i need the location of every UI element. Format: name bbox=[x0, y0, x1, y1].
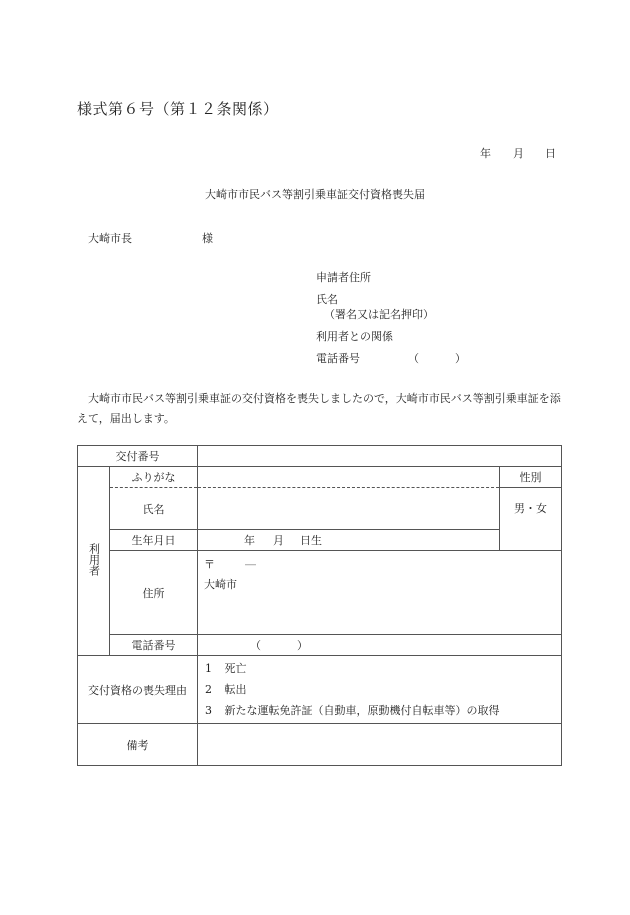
dob-field[interactable]: 年月日生 bbox=[198, 530, 500, 551]
reason-label: 交付資格の喪失理由 bbox=[78, 656, 198, 724]
document-title: 大崎市市民バス等割引乗車証交付資格喪失届 bbox=[0, 186, 630, 202]
date-day: 日 bbox=[545, 145, 556, 161]
issue-number-field[interactable] bbox=[198, 446, 562, 467]
applicant-name-label: 氏名 bbox=[316, 292, 466, 307]
address-label: 住所 bbox=[110, 551, 198, 635]
body-statement: 大崎市市民バス等割引乗車証の交付資格を喪失しましたので，大崎市市民バス等割引乗車… bbox=[77, 389, 561, 429]
dob-day: 日生 bbox=[300, 532, 322, 548]
applicant-address-label: 申請者住所 bbox=[316, 270, 466, 285]
reason-item-2[interactable]: 2 転出 bbox=[205, 681, 561, 702]
user-info-table: 交付番号 利用者 ふりがな 性別 氏名 男・女 生年月日 年月日生 住所 〒― … bbox=[77, 445, 562, 766]
applicant-block: 申請者住所 氏名 （署名又は記名押印） 利用者との関係 電話番号（） bbox=[316, 270, 466, 373]
issue-number-label: 交付番号 bbox=[78, 446, 198, 467]
phone-paren-open: （ bbox=[408, 351, 419, 366]
addressee: 大崎市長 様 bbox=[88, 230, 132, 246]
user-group-label: 利用者 bbox=[86, 543, 102, 576]
signature-note: （署名又は記名押印） bbox=[316, 307, 466, 322]
date-month: 月 bbox=[513, 145, 524, 161]
dob-label: 生年月日 bbox=[110, 530, 198, 551]
user-phone-paren-close: ） bbox=[297, 637, 308, 653]
relation-label: 利用者との関係 bbox=[316, 329, 466, 344]
user-phone-field[interactable]: （） bbox=[198, 635, 562, 656]
date-year: 年 bbox=[480, 145, 491, 161]
name-label: 氏名 bbox=[110, 488, 198, 530]
name-field[interactable] bbox=[198, 488, 500, 530]
address-field[interactable]: 〒― 大崎市 bbox=[198, 551, 562, 635]
user-phone-paren-open: （ bbox=[250, 637, 261, 653]
addressee-suffix: 様 bbox=[202, 230, 213, 246]
furigana-label: ふりがな bbox=[110, 467, 198, 488]
addressee-name: 大崎市長 bbox=[88, 232, 132, 245]
furigana-field[interactable] bbox=[198, 467, 500, 488]
applicant-phone-row: 電話番号（） bbox=[316, 351, 466, 366]
dob-year: 年 bbox=[244, 532, 255, 548]
user-group-cell: 利用者 bbox=[78, 467, 110, 656]
user-phone-label: 電話番号 bbox=[110, 635, 198, 656]
form-number: 様式第６号（第１２条関係） bbox=[77, 98, 279, 119]
reason-list: 1 死亡 2 転出 3 新たな運転免許証（自動車，原動機付自転車等）の取得 bbox=[198, 656, 562, 724]
applicant-phone-label: 電話番号 bbox=[316, 352, 360, 365]
reason-item-1[interactable]: 1 死亡 bbox=[205, 660, 561, 681]
address-prefix: 大崎市 bbox=[204, 575, 561, 595]
phone-paren-close: ） bbox=[455, 351, 466, 366]
remarks-label: 備考 bbox=[78, 724, 198, 766]
date-line: 年月日 bbox=[480, 145, 556, 161]
gender-label: 性別 bbox=[500, 467, 562, 488]
gender-options[interactable]: 男・女 bbox=[500, 488, 562, 551]
postal-code-row: 〒― bbox=[204, 555, 561, 575]
postal-mark: 〒 bbox=[204, 558, 215, 571]
postal-dash: ― bbox=[245, 555, 256, 575]
reason-item-3[interactable]: 3 新たな運転免許証（自動車，原動機付自転車等）の取得 bbox=[205, 702, 561, 723]
dob-month: 月 bbox=[273, 532, 284, 548]
remarks-field[interactable] bbox=[198, 724, 562, 766]
